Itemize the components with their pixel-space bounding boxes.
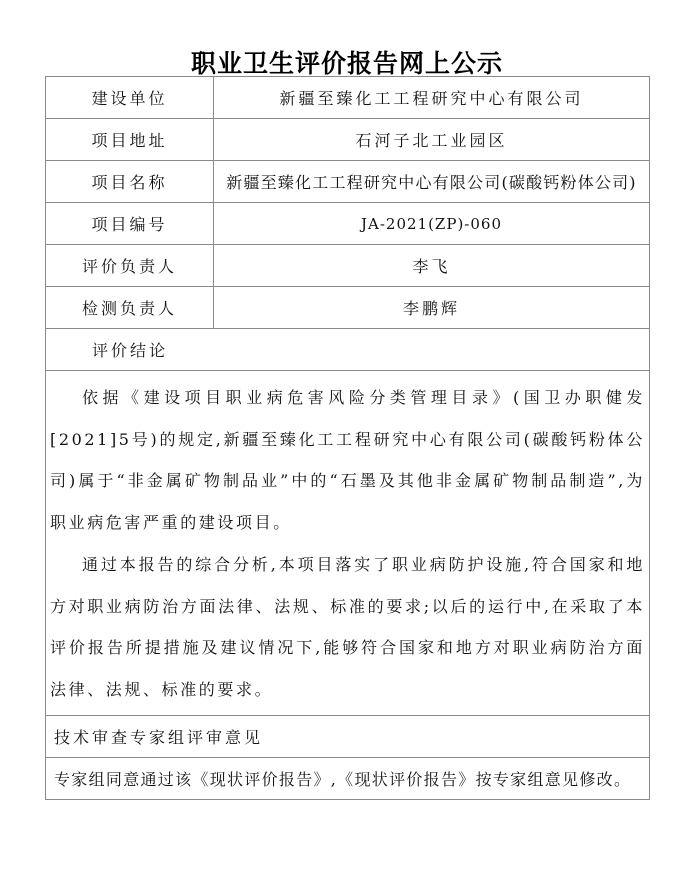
label-project-number: 项目编号 [46, 203, 214, 245]
value-construction-unit: 新疆至臻化工工程研究中心有限公司 [214, 77, 650, 119]
conclusion-paragraph-1: 依据《建设项目职业病危害风险分类管理目录》(国卫办职健发[2021]5号)的规定… [50, 377, 645, 544]
conclusion-header: 评价结论 [46, 329, 650, 371]
label-testing-lead: 检测负责人 [46, 287, 214, 329]
table-row: 检测负责人 李鹏辉 [46, 287, 650, 329]
table-row: 依据《建设项目职业病危害风险分类管理目录》(国卫办职健发[2021]5号)的规定… [46, 371, 650, 716]
label-construction-unit: 建设单位 [46, 77, 214, 119]
label-project-name: 项目名称 [46, 161, 214, 203]
label-project-address: 项目地址 [46, 119, 214, 161]
expert-review-header: 技术审查专家组评审意见 [46, 715, 650, 757]
value-testing-lead: 李鹏辉 [214, 287, 650, 329]
conclusion-body: 依据《建设项目职业病危害风险分类管理目录》(国卫办职健发[2021]5号)的规定… [46, 371, 650, 716]
table-row: 评价结论 [46, 329, 650, 371]
page-title: 职业卫生评价报告网上公示 [0, 44, 694, 80]
table-row: 技术审查专家组评审意见 [46, 715, 650, 757]
table-row: 项目地址 石河子北工业园区 [46, 119, 650, 161]
label-evaluation-lead: 评价负责人 [46, 245, 214, 287]
table-row: 项目编号 JA-2021(ZP)-060 [46, 203, 650, 245]
expert-review-opinion: 专家组同意通过该《现状评价报告》,《现状评价报告》按专家组意见修改。 [46, 757, 650, 799]
value-project-address: 石河子北工业园区 [214, 119, 650, 161]
conclusion-paragraph-2: 通过本报告的综合分析,本项目落实了职业病防护设施,符合国家和地方对职业病防治方面… [50, 544, 645, 711]
table-row: 专家组同意通过该《现状评价报告》,《现状评价报告》按专家组意见修改。 [46, 757, 650, 799]
table-row: 项目名称 新疆至臻化工工程研究中心有限公司(碳酸钙粉体公司) [46, 161, 650, 203]
value-evaluation-lead: 李飞 [214, 245, 650, 287]
value-project-number: JA-2021(ZP)-060 [214, 203, 650, 245]
value-project-name: 新疆至臻化工工程研究中心有限公司(碳酸钙粉体公司) [214, 161, 650, 203]
table-row: 建设单位 新疆至臻化工工程研究中心有限公司 [46, 77, 650, 119]
table-row: 评价负责人 李飞 [46, 245, 650, 287]
disclosure-table: 建设单位 新疆至臻化工工程研究中心有限公司 项目地址 石河子北工业园区 项目名称… [45, 76, 650, 800]
